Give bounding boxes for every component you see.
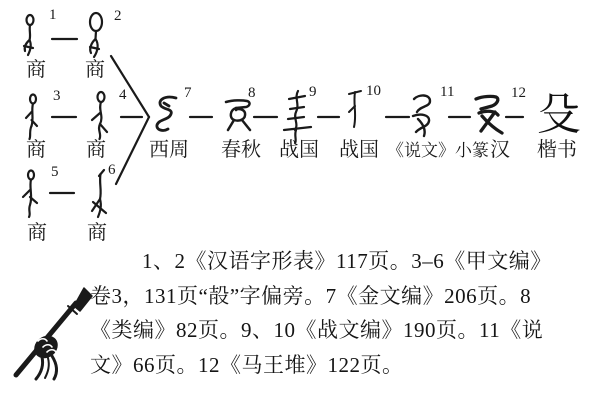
source-citation-paragraph: 1、2《汉语字形表》117页。3–6《甲文编》 卷3，131页“㱿”字偏旁。7《…	[90, 244, 598, 382]
citation-line: 《类编》82页。9、10《战文编》190页。11《说	[90, 313, 598, 348]
glyph-number: 9	[309, 85, 317, 100]
period-label-shuowen-seal: 《说文》小篆	[387, 142, 489, 159]
glyph-5-oracle-bone-icon	[23, 171, 37, 218]
period-label-han: 汉	[490, 140, 510, 160]
glyph-10-warring-states-icon	[349, 91, 361, 127]
glyph-number: 12	[511, 86, 526, 101]
period-label-warring-states: 战国	[339, 140, 379, 160]
glyph-number: 8	[248, 86, 256, 101]
glyph-12-han-clerical-icon	[476, 96, 502, 133]
glyph-number: 4	[119, 88, 127, 103]
dictionary-page: 1 2 3 4 5 6 7 8 9 10 11 12 商 商 商 商 商 商 西…	[0, 0, 600, 400]
glyph-9-warring-states-icon	[284, 91, 311, 143]
period-label-shang: 商	[27, 223, 47, 243]
glyph-7-bronze-icon	[157, 97, 176, 130]
glyph-11-small-seal-icon	[413, 95, 430, 136]
period-label-shang: 商	[87, 223, 107, 243]
glyph-number: 3	[53, 89, 61, 104]
citation-line: 1、2《汉语字形表》117页。3–6《甲文编》	[90, 244, 598, 279]
period-label-spring-autumn: 春秋	[221, 140, 261, 160]
citation-line: 文》66页。12《马王堆》122页。	[90, 348, 598, 383]
period-label-kaishu: 楷书	[537, 140, 577, 160]
period-label-shang: 商	[86, 140, 106, 160]
glyph-2-oracle-bone-icon	[90, 13, 102, 57]
glyph-number: 11	[440, 85, 454, 100]
hand-holding-shu-weapon-icon	[16, 288, 92, 379]
period-label-warring-states: 战国	[279, 140, 319, 160]
period-label-western-zhou: 西周	[149, 140, 189, 160]
period-label-shang: 商	[26, 60, 46, 80]
glyph-number: 1	[49, 8, 57, 23]
glyph-4-oracle-bone-icon	[92, 92, 107, 139]
glyph-6-oracle-bone-icon	[92, 170, 106, 217]
glyph-1-oracle-bone-icon	[24, 15, 34, 55]
glyph-number: 5	[51, 165, 59, 180]
glyph-number: 2	[114, 9, 122, 24]
glyph-number: 7	[184, 86, 192, 101]
glyph-number: 10	[366, 84, 381, 99]
citation-line: 卷3，131页“㱿”字偏旁。7《金文编》206页。8	[90, 279, 598, 314]
headword-kaishu-character: 殳	[537, 93, 581, 137]
period-label-shang: 商	[85, 60, 105, 80]
glyph-number: 6	[108, 163, 116, 178]
tree-connector-lines	[50, 39, 523, 193]
period-label-shang: 商	[26, 140, 46, 160]
glyph-3-oracle-bone-icon	[26, 95, 37, 140]
glyph-8-spring-autumn-icon	[226, 100, 250, 130]
